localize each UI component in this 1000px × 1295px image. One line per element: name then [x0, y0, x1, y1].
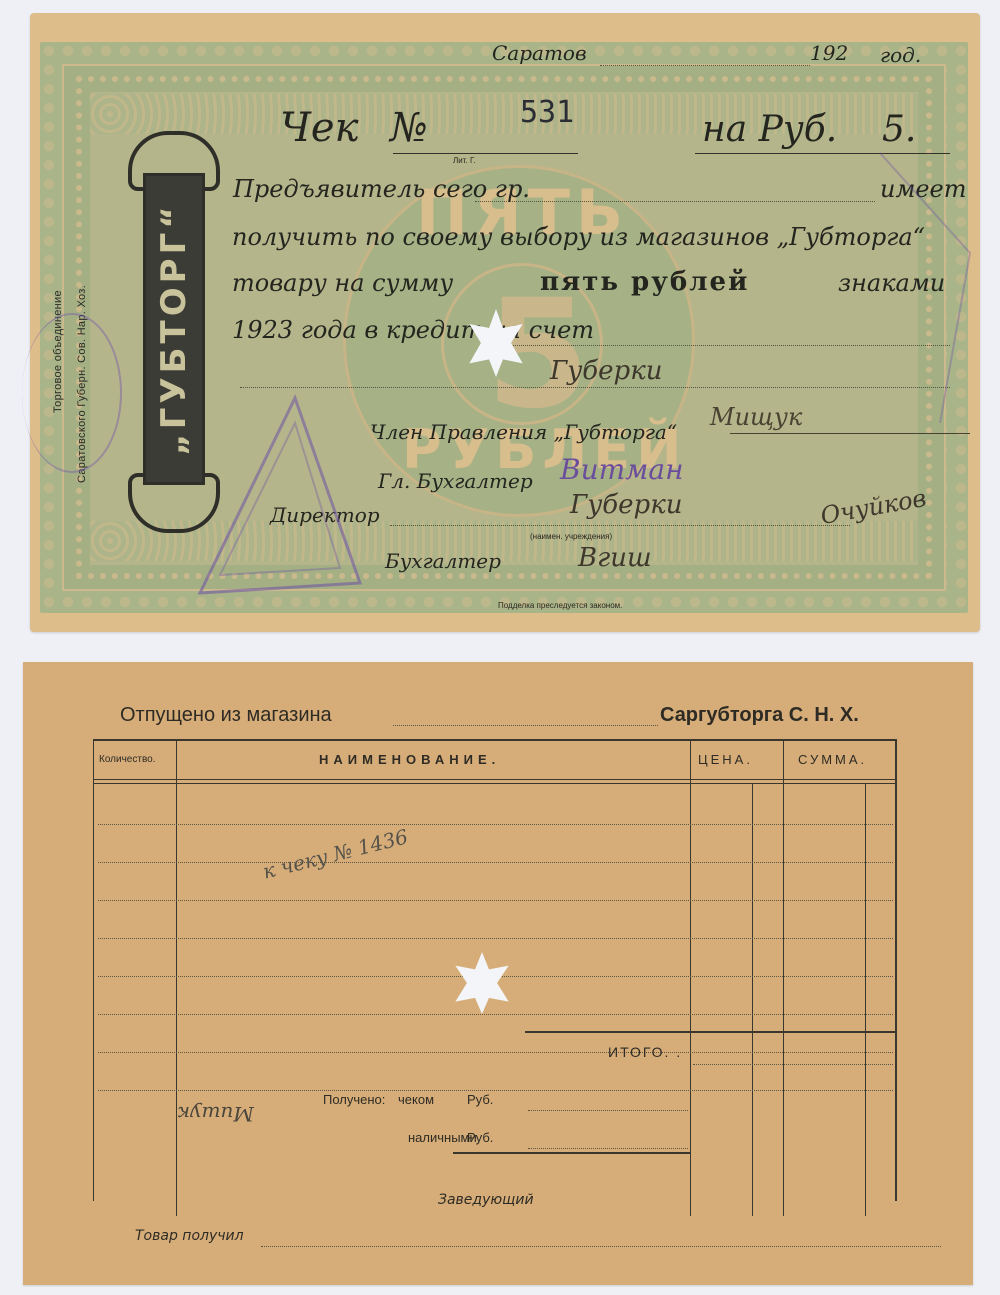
header-bottom-border-2: [93, 783, 896, 784]
accountant-signature: Вгиш: [578, 543, 652, 573]
number-sign: №: [390, 105, 428, 151]
header-sum: СУММА.: [798, 752, 867, 767]
released-from-label: Отпущено из магазина: [120, 704, 332, 727]
year-prefix: 192: [810, 41, 848, 65]
director-handwritten: Губерки: [570, 490, 682, 520]
table-row[interactable]: [98, 862, 893, 863]
forgery-notice: Подделка преследуется законом.: [498, 601, 622, 610]
logo-name: „ГУБТОРГ“: [154, 202, 194, 455]
sum-label: товару на сумму: [232, 269, 453, 297]
sum-in-words: пять рублей: [540, 267, 749, 297]
col-divider-qty: [176, 739, 177, 1216]
credit-line: 1923 года в кредит на счет: [232, 316, 594, 344]
institution-caption: (наимен. учреждения): [530, 532, 612, 541]
rub-label-1: Руб.: [467, 1092, 493, 1107]
violet-triangle-stamp-right-icon: [880, 123, 980, 423]
handwritten-note: к чеку № 1436: [260, 824, 410, 883]
total-top-border: [525, 1031, 895, 1033]
violet-triangle-stamp-icon: [195, 393, 365, 603]
number-underline: [393, 153, 578, 154]
header-bottom-border: [93, 779, 896, 780]
goods-received-dotline[interactable]: [261, 1246, 941, 1247]
received-label: Получено:: [323, 1092, 385, 1107]
table-row[interactable]: [98, 824, 893, 825]
member-signature: Мищук: [710, 403, 802, 431]
director-dotline: [390, 525, 850, 526]
account-dotline-2: [240, 387, 950, 388]
received-underline: [453, 1152, 690, 1154]
table-row[interactable]: [98, 938, 893, 939]
header-price: ЦЕНА.: [698, 752, 753, 767]
accountant-label: Бухгалтер: [385, 549, 501, 573]
col-divider-name: [690, 739, 691, 1216]
chief-accountant-label: Гл. Бухгалтер: [378, 469, 533, 493]
goods-received-label: Товар получил: [135, 1228, 244, 1244]
header-name: НАИМЕНОВАНИЕ.: [319, 752, 500, 767]
total-label: ИТОГО. .: [608, 1044, 682, 1060]
rub-label-2: Руб.: [467, 1130, 493, 1145]
table-left-border: [93, 739, 94, 1201]
bearer-label: Предъявитель сего гр.: [233, 175, 530, 203]
cash-amount-dotline[interactable]: [528, 1148, 688, 1149]
cheque-number: 531: [520, 95, 574, 130]
chief-accountant-signature: Витман: [560, 453, 684, 486]
store-name: Саргубторга С. Н. Х.: [660, 704, 859, 727]
table-top-border: [93, 739, 896, 741]
series-label: Лит. Г.: [453, 156, 476, 165]
receive-line: получить по своему выбору из магазинов „…: [232, 223, 925, 251]
violet-round-stamp-icon: [22, 313, 122, 473]
cheque-label: Чек: [280, 105, 358, 151]
table-right-border: [895, 739, 897, 1201]
col-divider-price-sub: [752, 784, 753, 1216]
member-signature-line: [730, 433, 970, 434]
cancellation-punch-hole-back: [453, 952, 511, 1014]
cheque-amount-dotline[interactable]: [528, 1110, 688, 1111]
bearer-dotline: [475, 201, 875, 202]
manager-label: Заведующий: [438, 1192, 534, 1208]
date-dotline: [600, 65, 810, 66]
cheque-front: ПЯТЬ 5 РУБЛЕЙ „ГУБТОРГ“ Торговое объедин…: [30, 13, 980, 632]
cheque-back: Отпущено из магазина Саргубторга С. Н. Х…: [23, 662, 973, 1285]
col-divider-price: [783, 739, 784, 1216]
amount-label: на Руб.: [702, 109, 837, 150]
store-dotline: [393, 725, 658, 726]
year-suffix: год.: [880, 43, 921, 67]
table-row[interactable]: [98, 1052, 893, 1053]
col-divider-sum-sub: [865, 784, 866, 1216]
table-row[interactable]: [98, 1014, 893, 1015]
total-dotline[interactable]: [693, 1064, 893, 1065]
handwritten-account: Губерки: [550, 356, 662, 386]
city: Саратов: [492, 41, 587, 65]
margin-signature: Мишук: [178, 1102, 254, 1126]
table-row[interactable]: [98, 900, 893, 901]
member-label: Член Правления „Губторга“: [370, 420, 677, 444]
table-row[interactable]: [98, 1090, 893, 1091]
header-quantity: Количество.: [99, 754, 155, 765]
by-cheque-label: чеком: [398, 1092, 434, 1107]
